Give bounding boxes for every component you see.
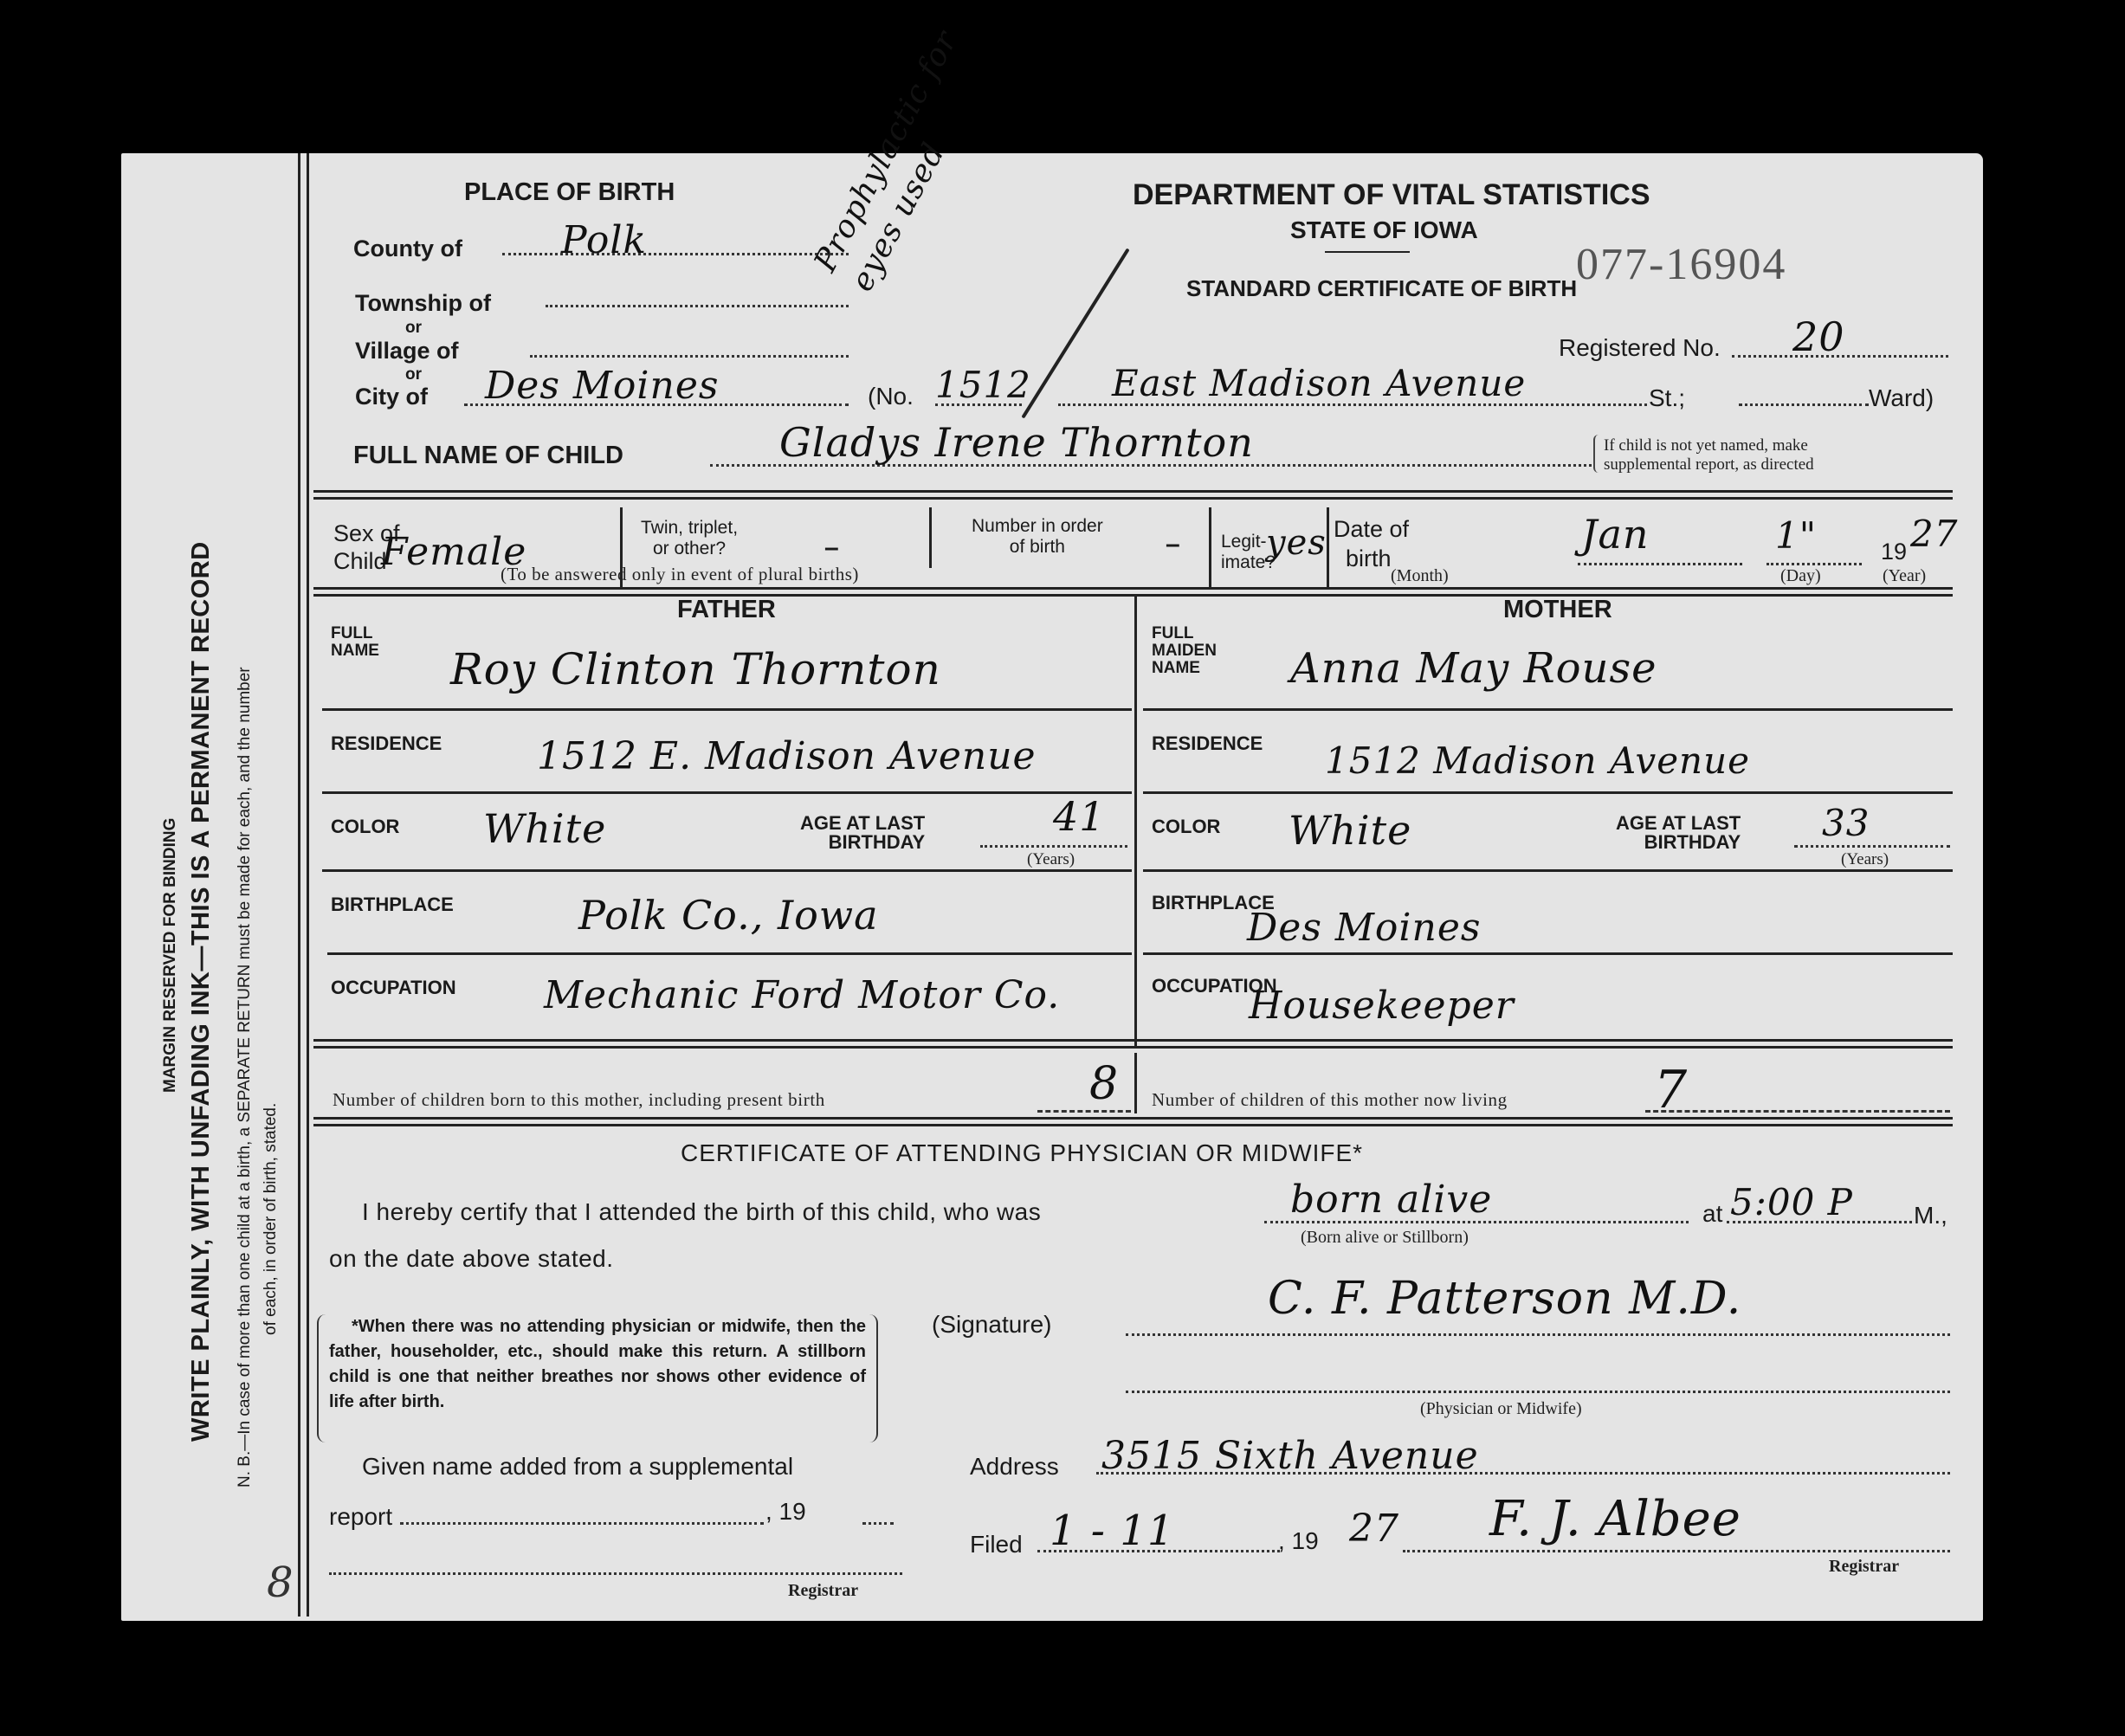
dob-day: 1" [1775, 514, 1817, 557]
or-label: or [405, 319, 422, 338]
twin-value: – [824, 533, 839, 563]
county-label: County of [353, 236, 462, 262]
supplemental-year-prefix: , 19 [765, 1498, 806, 1526]
father-residence-label: RESIDENCE [331, 732, 442, 755]
mother-color: White [1289, 807, 1411, 854]
father-name-label: FULL NAME [331, 625, 379, 660]
father-color-label: COLOR [331, 816, 399, 838]
registered-no-value: 20 [1792, 313, 1845, 360]
binding-rule [298, 153, 300, 1617]
mother-heading: MOTHER [1503, 596, 1612, 624]
supplemental-report-label: report [329, 1503, 392, 1531]
order-value: – [1166, 530, 1180, 559]
mother-age-label-line2: BIRTHDAY [1616, 833, 1741, 852]
order-label-line1: Number in order [972, 516, 1103, 537]
m-label: M., [1914, 1202, 1947, 1229]
mother-name-label-line1: FULL [1152, 625, 1217, 642]
father-birthplace: Polk Co., Iowa [578, 892, 879, 939]
father-residence: 1512 E. Madison Avenue [537, 734, 1037, 778]
children-born-label: Number of children born to this mother, … [333, 1089, 825, 1111]
father-birthplace-label: BIRTHPLACE [331, 894, 454, 916]
mother-age: 33 [1822, 802, 1870, 844]
mother-name-label-line3: NAME [1152, 660, 1217, 677]
name-note-line2: supplemental report, as directed [1604, 455, 1814, 474]
registered-no-label: Registered No. [1559, 334, 1721, 362]
name-note-line1: If child is not yet named, make [1604, 436, 1808, 455]
birth-time: 5:00 P [1730, 1181, 1853, 1223]
mother-residence: 1512 Madison Avenue [1325, 739, 1750, 782]
filed-year: 27 [1349, 1507, 1399, 1551]
city-label: City of [355, 384, 428, 410]
binding-rule [307, 153, 309, 1617]
city-value: Des Moines [485, 364, 719, 408]
mother-age-label: AGE AT LAST BIRTHDAY [1616, 814, 1741, 852]
month-caption: (Month) [1391, 566, 1449, 586]
parents-divider [1134, 596, 1137, 1046]
street-label: St.; [1649, 384, 1685, 412]
certificate-number-stamp: 077-16904 [1576, 239, 1786, 290]
father-age: 41 [1053, 793, 1106, 840]
dob-month: Jan [1581, 511, 1650, 558]
filed-label: Filed [970, 1531, 1023, 1559]
father-name-label-line1: FULL [331, 625, 379, 642]
twin-label-line2: or other? [641, 539, 738, 559]
children-born-value: 8 [1089, 1058, 1119, 1110]
dob-year-prefix: 19 [1881, 539, 1907, 565]
dob-label-line1: Date of [1334, 514, 1409, 544]
place-of-birth-heading: PLACE OF BIRTH [464, 178, 675, 207]
corner-mark: 8 [267, 1559, 294, 1607]
father-full-name: Roy Clinton Thornton [450, 644, 941, 694]
mother-occupation: Housekeeper [1249, 984, 1515, 1028]
mother-residence-label: RESIDENCE [1152, 732, 1263, 755]
dob-year: 27 [1910, 513, 1958, 555]
child-full-name: Gladys Irene Thornton [779, 419, 1254, 466]
mother-full-name: Anna May Rouse [1290, 644, 1657, 693]
father-occupation: Mechanic Ford Motor Co. [544, 973, 1060, 1017]
physician-address: 3515 Sixth Avenue [1101, 1434, 1479, 1478]
registrar-caption-left: Registrar [788, 1581, 858, 1601]
day-caption: (Day) [1780, 566, 1821, 586]
signer-caption: (Physician or Midwife) [1420, 1399, 1582, 1419]
mother-birthplace: Des Moines [1247, 906, 1481, 950]
village-label: Village of [355, 338, 459, 365]
physician-signature: C. F. Patterson M.D. [1268, 1273, 1741, 1325]
birth-status: born alive [1290, 1178, 1492, 1222]
twin-label-line1: Twin, triplet, [641, 518, 738, 539]
state-title: STATE OF IOWA [1290, 216, 1478, 244]
address-label: Address [970, 1453, 1059, 1481]
child-name-label: FULL NAME OF CHILD [353, 442, 623, 470]
agency-title: DEPARTMENT OF VITAL STATISTICS [1133, 178, 1650, 212]
registrar-signature: F. J. Albee [1489, 1491, 1741, 1547]
or-label: or [405, 365, 422, 384]
footnote-text: *When there was no attending physician o… [329, 1314, 866, 1415]
street-no-value: 1512 [935, 364, 1031, 406]
father-age-label: AGE AT LAST BIRTHDAY [800, 814, 925, 852]
filed-year-prefix: , 19 [1278, 1527, 1319, 1555]
at-label: at [1702, 1200, 1722, 1228]
father-color: White [483, 805, 606, 852]
street-no-label: (No. [868, 383, 914, 410]
signature-label: (Signature) [932, 1311, 1052, 1339]
mother-color-label: COLOR [1152, 816, 1220, 838]
children-living-label: Number of children of this mother now li… [1152, 1089, 1508, 1111]
order-label: Number in order of birth [972, 516, 1103, 558]
registrar-caption-right: Registrar [1829, 1557, 1899, 1577]
birth-status-caption: (Born alive or Stillborn) [1301, 1228, 1469, 1248]
father-age-caption: (Years) [1027, 850, 1075, 869]
mother-name-label: FULL MAIDEN NAME [1152, 625, 1217, 677]
supplemental-label: Given name added from a supplemental [362, 1453, 793, 1481]
filed-date: 1 - 11 [1050, 1507, 1174, 1555]
father-name-label-line2: NAME [331, 642, 379, 660]
twin-label: Twin, triplet, or other? [641, 518, 738, 559]
margin-binding-note: MARGIN RESERVED FOR BINDING [161, 818, 180, 1093]
legitimate-value: yes [1266, 523, 1327, 563]
father-occupation-label: OCCUPATION [331, 977, 456, 999]
certify-statement: I hereby certify that I attended the bir… [362, 1198, 1041, 1226]
township-label: Township of [355, 290, 491, 317]
mother-age-label-line1: AGE AT LAST [1616, 814, 1741, 833]
date-statement: on the date above stated. [329, 1245, 614, 1273]
form-title: STANDARD CERTIFICATE OF BIRTH [1186, 275, 1577, 302]
margin-nb-line1: N. B.—In case of more than one child at … [236, 667, 255, 1488]
ward-label: Ward) [1869, 384, 1934, 412]
street-value: East Madison Avenue [1112, 362, 1526, 404]
order-label-line2: of birth [972, 537, 1103, 558]
plural-births-note: (To be answered only in event of plural … [501, 564, 859, 585]
margin-ink-note: WRITE PLAINLY, WITH UNFADING INK—THIS IS… [187, 541, 216, 1442]
mother-age-caption: (Years) [1841, 850, 1889, 869]
certificate-heading: CERTIFICATE OF ATTENDING PHYSICIAN OR MI… [681, 1139, 1363, 1167]
father-age-label-line1: AGE AT LAST [800, 814, 925, 833]
county-value: Polk [561, 218, 647, 262]
father-age-label-line2: BIRTHDAY [800, 833, 925, 852]
mother-name-label-line2: MAIDEN [1152, 642, 1217, 660]
children-living-value: 7 [1654, 1060, 1688, 1120]
dob-label: Date of birth [1334, 514, 1409, 573]
margin-nb-line2: of each, in order of birth, stated. [262, 1103, 281, 1335]
father-heading: FATHER [677, 596, 776, 624]
year-caption: (Year) [1883, 566, 1926, 586]
